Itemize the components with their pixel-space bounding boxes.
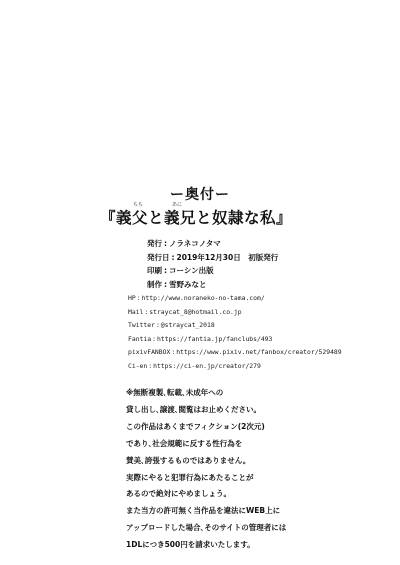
- separator: :: [164, 280, 167, 289]
- credit-printer: 印刷:コーシン出版: [147, 264, 278, 278]
- link-fantia[interactable]: Fantia:https://fantia.jp/fanclubs/493: [128, 333, 342, 347]
- notice-line: ※無断複製､転載､未成年への: [126, 385, 286, 402]
- credit-label: 制作: [147, 280, 162, 289]
- link-label: Ci-en: [128, 362, 147, 370]
- separator: :: [164, 239, 167, 248]
- credits-list: 発行:ノラネコノタマ 発行日:2019年12月30日 初版発行 印刷:コーシン出…: [147, 237, 278, 291]
- link-twitter[interactable]: Twitter:@straycat_2018: [128, 319, 342, 333]
- notice-line: であり､社会規範に反する性行為を: [126, 436, 286, 453]
- notice-line: あるので絶対にやめましょう。: [126, 486, 286, 503]
- separator: :: [137, 294, 141, 302]
- link-ci-en[interactable]: Ci-en:https://ci-en.jp/creator/279: [128, 360, 342, 374]
- separator: :: [148, 362, 152, 370]
- link-label: HP: [128, 294, 136, 302]
- separator: :: [152, 335, 156, 343]
- copyright-notice: ※無断複製､転載､未成年への 貸し出し､譲渡､閲覧はお止めください。 この作品は…: [126, 385, 286, 554]
- separator: :: [156, 321, 160, 329]
- book-title-block: ちち あに 『義父と義兄と奴隷な私』: [100, 202, 300, 228]
- credit-label: 印刷: [147, 266, 162, 275]
- link-label: Mail: [128, 308, 143, 316]
- credit-value: コーシン出版: [169, 266, 214, 275]
- credit-label: 発行: [147, 239, 162, 248]
- link-homepage[interactable]: HP:http://www.noraneko-no-tama.com/: [128, 292, 342, 306]
- ruby-annotation: ちち: [133, 202, 143, 208]
- link-url[interactable]: https://ci-en.jp/creator/279: [153, 362, 261, 370]
- link-url[interactable]: https://fantia.jp/fanclubs/493: [157, 335, 272, 343]
- notice-line: また当方の許可無く当作品を違法にWEB上に: [126, 503, 286, 520]
- link-label: Twitter: [128, 321, 155, 329]
- separator: :: [172, 253, 175, 262]
- notice-line: 賛美､誇張するものではありません。: [126, 453, 286, 470]
- credit-value: ノラネコノタマ: [169, 239, 221, 248]
- credit-value: 2019年12月30日 初版発行: [177, 253, 279, 262]
- separator: :: [144, 308, 148, 316]
- contact-links: HP:http://www.noraneko-no-tama.com/ Mail…: [128, 292, 342, 374]
- credit-publisher: 発行:ノラネコノタマ: [147, 237, 278, 251]
- link-url[interactable]: http://www.noraneko-no-tama.com/: [142, 294, 265, 302]
- link-label: pixivFANBOX: [128, 348, 170, 356]
- notice-line: 1DLにつき500円を請求いたします。: [126, 537, 286, 554]
- separator: :: [171, 348, 175, 356]
- separator: :: [164, 266, 167, 275]
- notice-line: 貸し出し､譲渡､閲覧はお止めください。: [126, 402, 286, 419]
- link-url[interactable]: https://www.pixiv.net/fanbox/creator/529…: [176, 348, 341, 356]
- credit-publish-date: 発行日:2019年12月30日 初版発行: [147, 251, 278, 265]
- notice-line: この作品はあくまでフィクション(2次元): [126, 419, 286, 436]
- link-label: Fantia: [128, 335, 151, 343]
- link-pixiv-fanbox[interactable]: pixivFANBOX:https://www.pixiv.net/fanbox…: [128, 346, 342, 360]
- credit-value: 雪野みなと: [169, 280, 207, 289]
- credit-label: 発行日: [147, 253, 170, 262]
- colophon-page: ー奥付ー ちち あに 『義父と義兄と奴隷な私』 発行:ノラネコノタマ 発行日:2…: [0, 0, 400, 565]
- link-mail[interactable]: Mail:straycat_8@hotmail.co.jp: [128, 306, 342, 320]
- link-url[interactable]: @straycat_2018: [161, 321, 215, 329]
- colophon-heading: ー奥付ー: [0, 187, 400, 203]
- notice-line: アップロードした場合､そのサイトの管理者には: [126, 520, 286, 537]
- book-title: 『義父と義兄と奴隷な私』: [100, 209, 292, 227]
- ruby-annotation: あに: [172, 202, 182, 208]
- notice-line: 実際にやると犯罪行為にあたることが: [126, 470, 286, 487]
- credit-author: 制作:雪野みなと: [147, 278, 278, 292]
- link-url[interactable]: straycat_8@hotmail.co.jp: [149, 308, 241, 316]
